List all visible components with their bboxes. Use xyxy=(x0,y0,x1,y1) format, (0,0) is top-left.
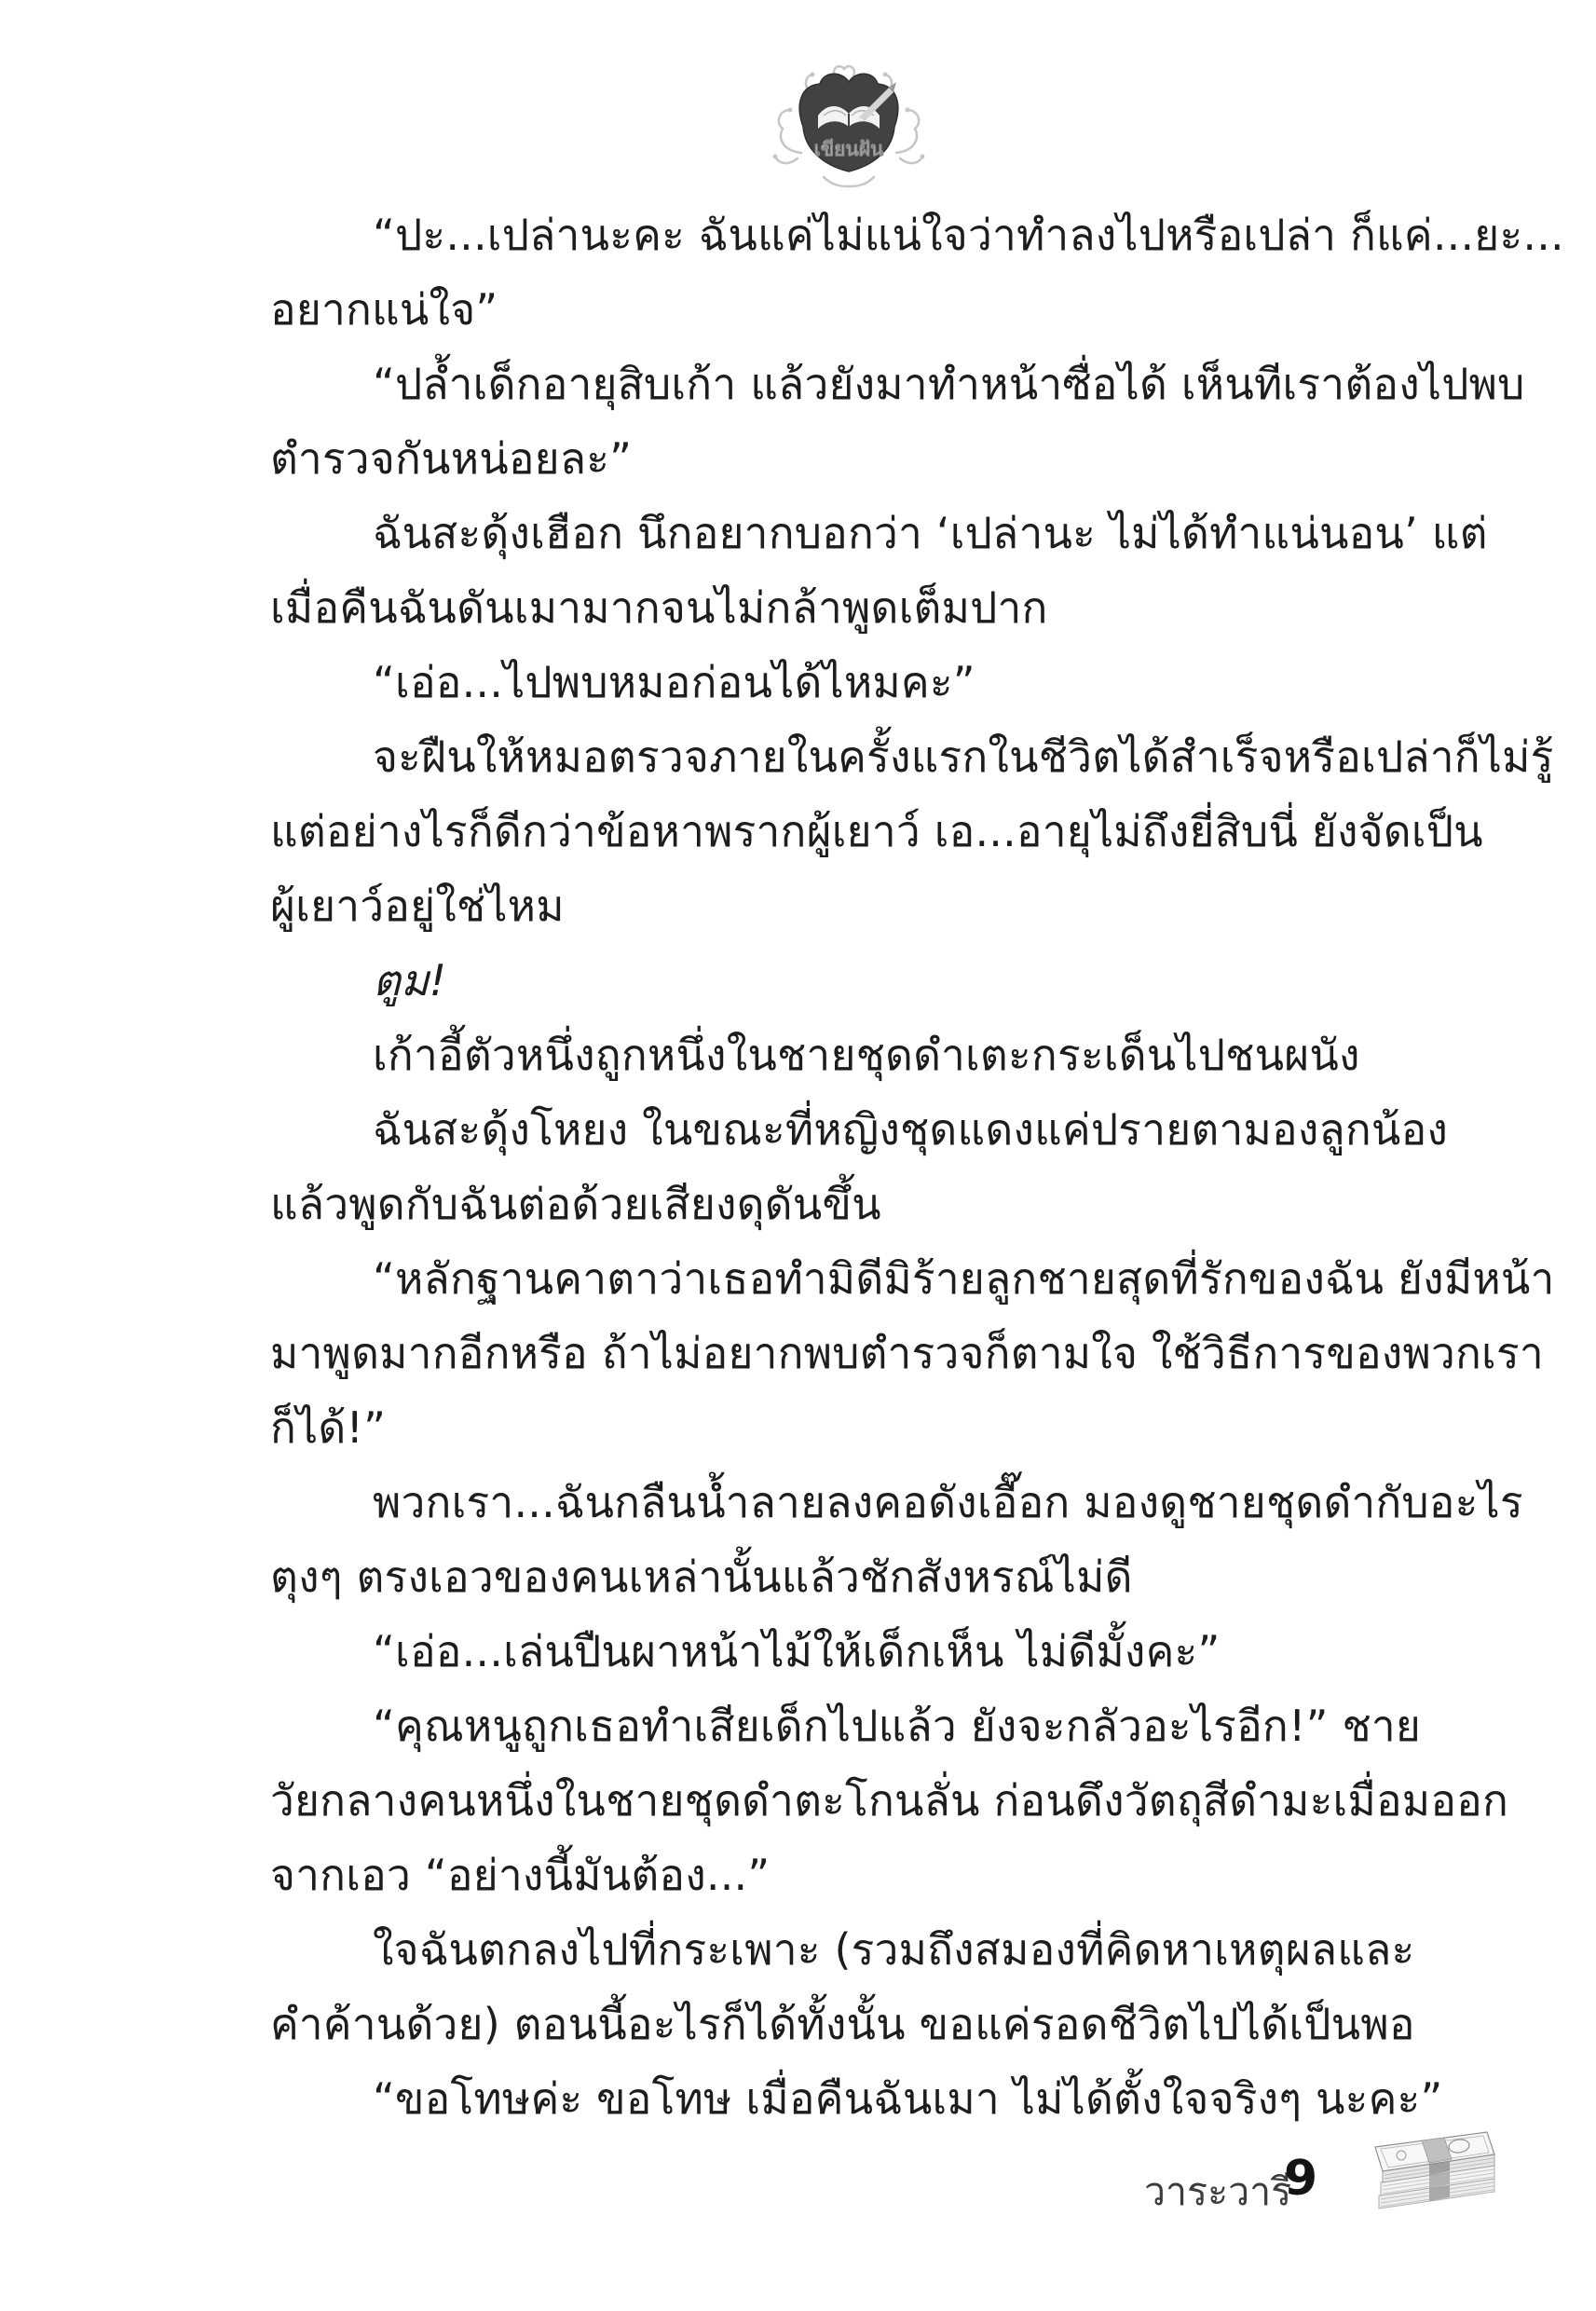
text-line: แล้วพูดกับฉันต่อด้วยเสียงดุดันขึ้น xyxy=(270,1167,1437,1241)
text-line: “หลักฐานคาตาว่าเธอทำมิดีมิร้ายลูกชายสุดท… xyxy=(270,1241,1437,1316)
text-line: ใจฉันตกลงไปที่กระเพาะ (รวมถึงสมองที่คิดห… xyxy=(270,1912,1437,1987)
text-line: ตูม! xyxy=(270,943,1437,1018)
text-line: ตำรวจกันหน่อยละ” xyxy=(270,421,1437,496)
text-line: จากเอว “อย่างนี้มันต้อง...” xyxy=(270,1838,1437,1912)
text-line: ฉันสะดุ้งโหยง ในขณะที่หญิงชุดแดงแค่ปรายต… xyxy=(270,1092,1437,1167)
text-line: ฉันสะดุ้งเฮือก นึกอยากบอกว่า ‘เปล่านะ ไม… xyxy=(270,496,1437,570)
text-line: ตุงๆ ตรงเอวของคนเหล่านั้นแล้วชักสังหรณ์ไ… xyxy=(270,1539,1437,1614)
text-line: “ปะ...เปล่านะคะ ฉันแค่ไม่แน่ใจว่าทำลงไปห… xyxy=(270,198,1437,272)
text-line: ผู้เยาว์อยู่ใช่ไหม xyxy=(270,868,1437,943)
text-line: อยากแน่ใจ” xyxy=(270,272,1437,347)
text-line: “คุณหนูถูกเธอทำเสียเด็กไปแล้ว ยังจะกลัวอ… xyxy=(270,1689,1437,1763)
text-line: “ขอโทษค่ะ ขอโทษ เมื่อคืนฉันเมา ไม่ได้ตั้… xyxy=(270,2061,1437,2136)
text-line: จะฝืนให้หมอตรวจภายในครั้งแรกในชีวิตได้สำ… xyxy=(270,719,1437,794)
text-line: เก้าอี้ตัวหนึ่งถูกหนึ่งในชายชุดดำเตะกระเ… xyxy=(270,1018,1437,1092)
publisher-logo: เขียนฝัน xyxy=(770,62,928,192)
text-line: “เอ่อ...เล่นปืนผาหน้าไม้ให้เด็กเห็น ไม่ด… xyxy=(270,1614,1437,1689)
text-line: ก็ได้!” xyxy=(270,1390,1437,1465)
body-text: “ปะ...เปล่านะคะ ฉันแค่ไม่แน่ใจว่าทำลงไปห… xyxy=(270,198,1437,2136)
text-line: “ปล้ำเด็กอายุสิบเก้า แล้วยังมาทำหน้าซื่อ… xyxy=(270,347,1437,421)
text-line: “เอ่อ...ไปพบหมอก่อนได้ไหมคะ” xyxy=(270,645,1437,719)
text-line: พวกเรา...ฉันกลืนน้ำลายลงคอดังเอื๊อก มองด… xyxy=(270,1465,1437,1539)
book-page: เขียนฝัน “ปะ...เปล่านะคะ ฉันแค่ไม่แน่ใจว… xyxy=(0,0,1596,2311)
text-line: มาพูดมากอีกหรือ ถ้าไม่อยากพบตำรวจก็ตามใจ… xyxy=(270,1316,1437,1390)
text-line: วัยกลางคนหนึ่งในชายชุดดำตะโกนลั่น ก่อนดึ… xyxy=(270,1763,1437,1838)
text-line: คำค้านด้วย) ตอนนี้อะไรก็ได้ทั้งนั้น ขอแค… xyxy=(270,1987,1437,2061)
text-line: เมื่อคืนฉันดันเมามากจนไม่กล้าพูดเต็มปาก xyxy=(270,570,1437,645)
logo-text: เขียนฝัน xyxy=(814,138,884,160)
text-line: แต่อย่างไรก็ดีกว่าข้อหาพรากผู้เยาว์ เอ..… xyxy=(270,794,1437,868)
money-stack-icon xyxy=(1347,2130,1507,2225)
footer-series-title: วาระวารี xyxy=(1144,2162,1291,2222)
page-number: 9 xyxy=(1284,2151,1317,2207)
